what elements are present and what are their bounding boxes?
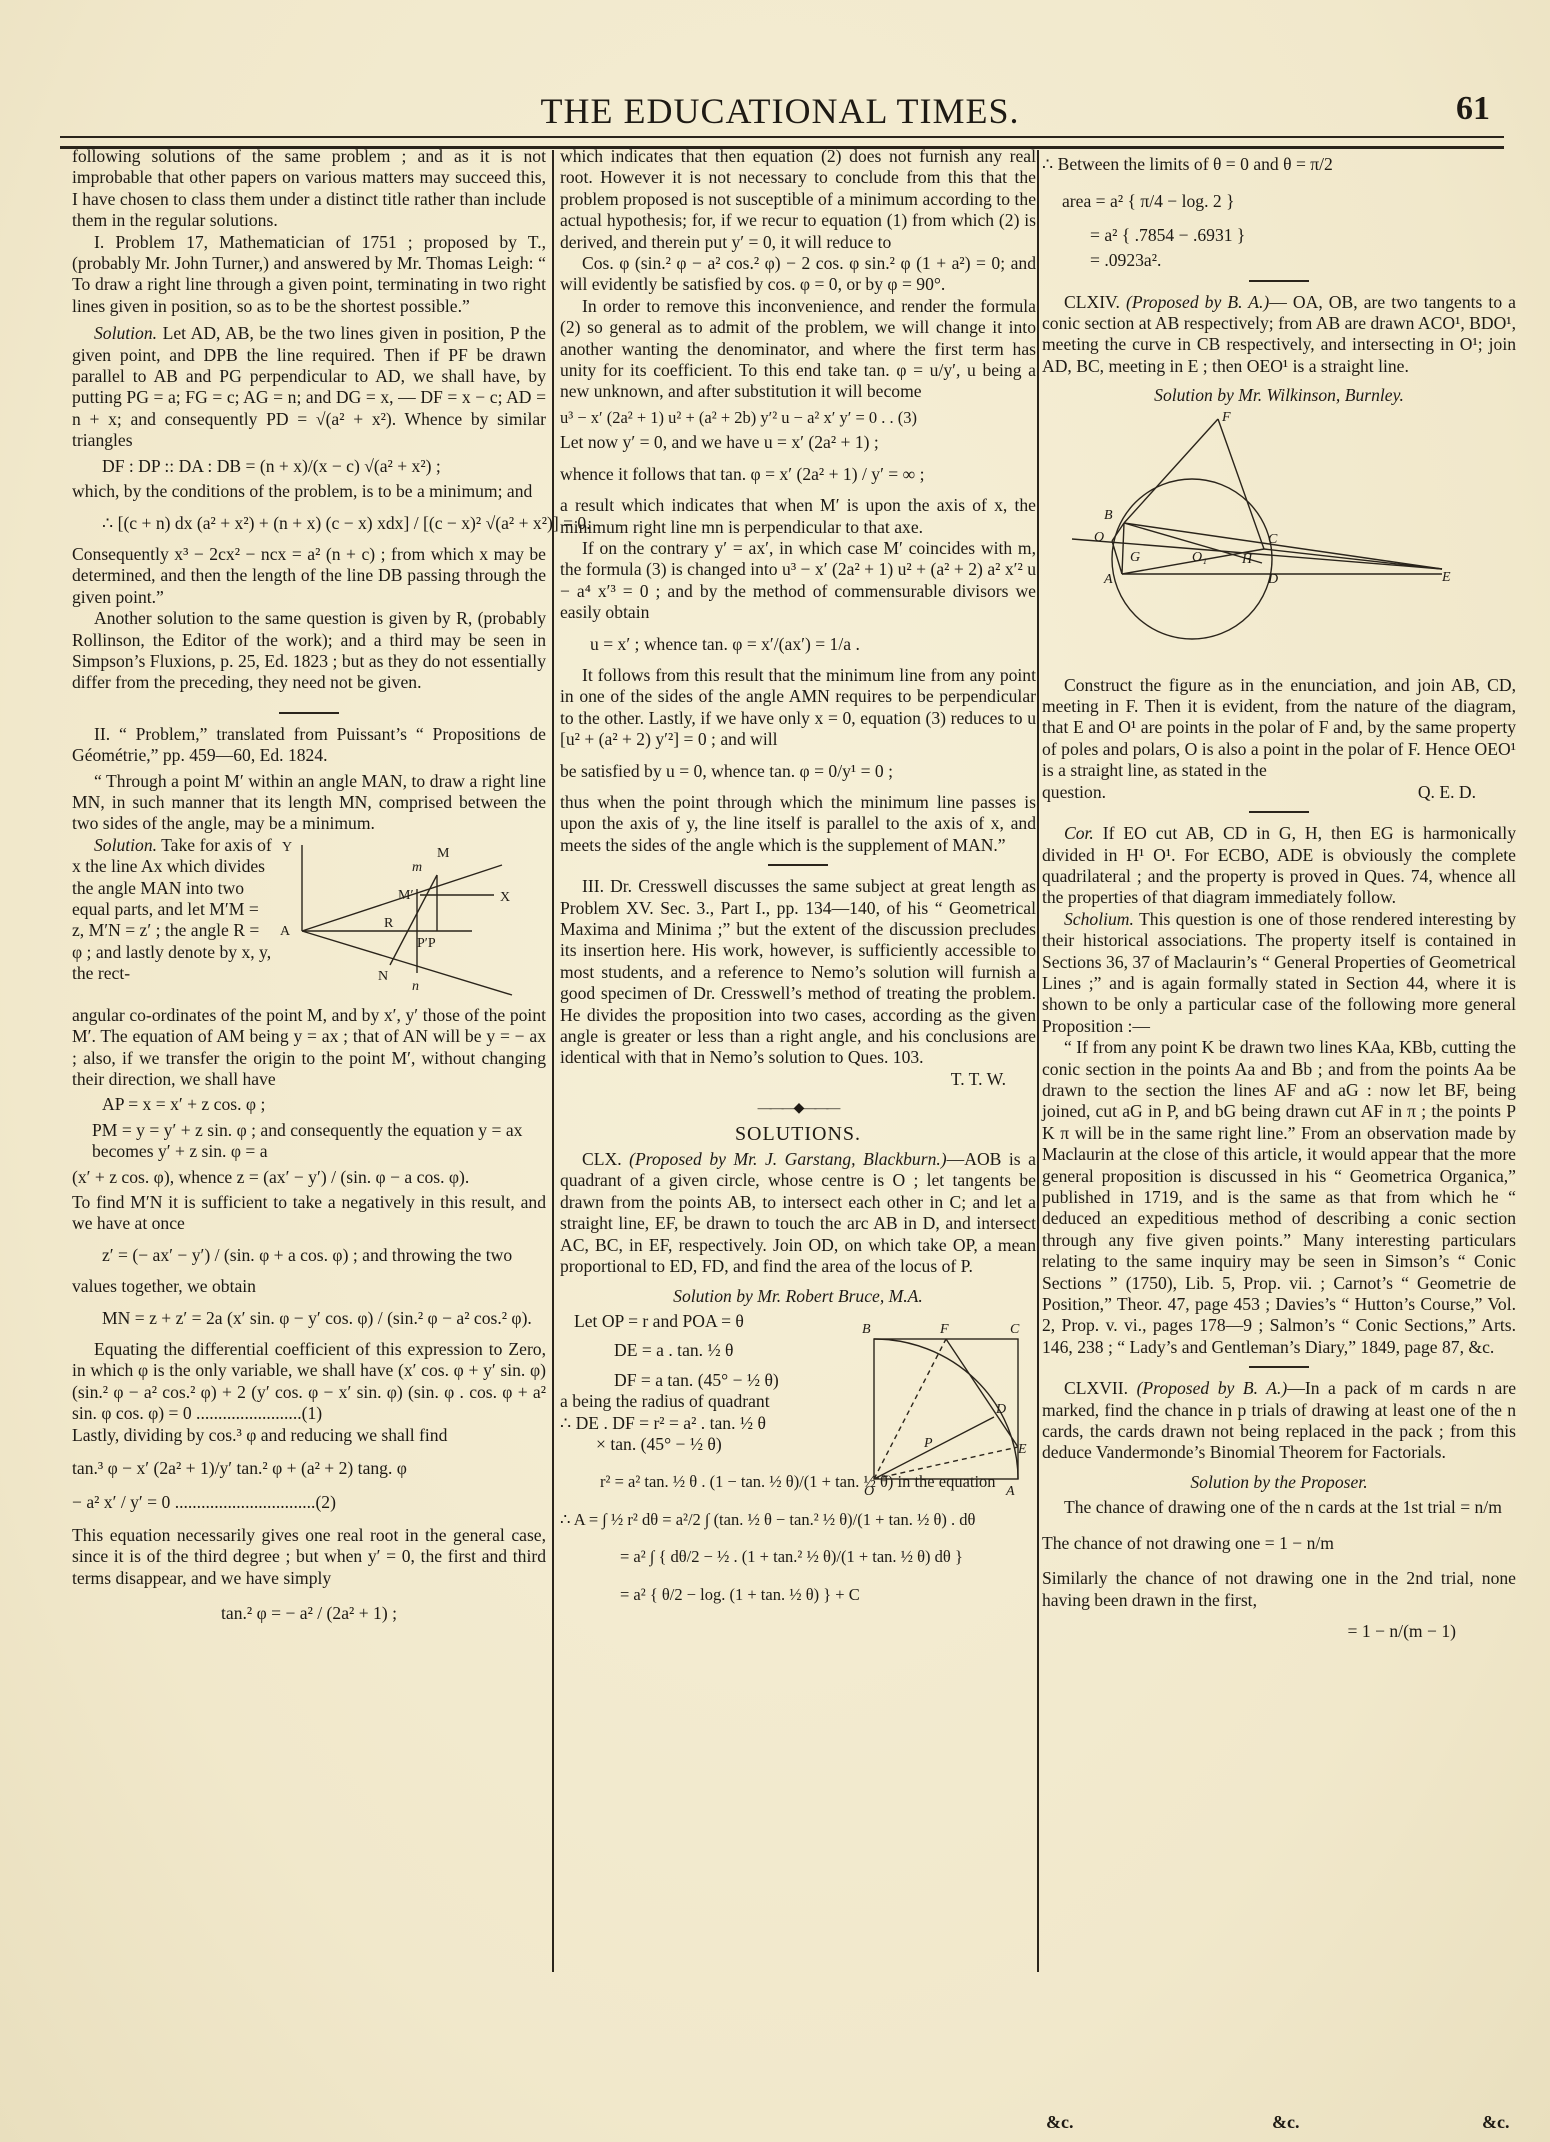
- paragraph: a result which indicates that when M′ is…: [560, 495, 1036, 538]
- equation: u = x′ ; whence tan. φ = x′/(ax′) = 1/a …: [560, 634, 1036, 655]
- equation: ∴ [(c + n) dx (a² + x²) + (n + x) (c − x…: [72, 513, 546, 534]
- solution-label: Solution.: [94, 323, 157, 343]
- label-C: C: [1268, 532, 1278, 547]
- corollary-label: Cor.: [1064, 823, 1094, 843]
- label-M: M: [437, 846, 450, 861]
- etc-right: &c.: [1482, 2112, 1509, 2133]
- paragraph: values together, we obtain: [72, 1276, 546, 1297]
- paragraph-problem-iii: III. Dr. Cresswell discusses the same su…: [560, 876, 1036, 1069]
- paragraph: thus when the point through which the mi…: [560, 792, 1036, 856]
- qed-line: question.Q. E. D.: [1042, 782, 1516, 803]
- label-F: F: [1221, 411, 1231, 425]
- label-H: H: [1241, 552, 1253, 567]
- equation: = a² { θ/2 − log. (1 + tan. ½ θ) } + C: [560, 1584, 1036, 1605]
- paragraph: Consequently x³ − 2cx² − ncx = a² (n + c…: [72, 544, 546, 608]
- paragraph-scholium: Scholium. This question is one of those …: [1042, 909, 1516, 1037]
- column-divider: [552, 150, 554, 1972]
- section-rule: [1249, 280, 1309, 282]
- equation: = .0923a².: [1042, 250, 1516, 271]
- paragraph-solution: Solution. Take for axis of x the line Ax…: [72, 835, 272, 1005]
- scholium-label: Scholium.: [1064, 909, 1134, 929]
- etc-left: &c.: [1046, 2112, 1073, 2133]
- section-rule: [768, 864, 828, 866]
- paragraph-solution: Solution. Let AD, AB, be the two lines g…: [72, 323, 546, 451]
- equation: be satisfied by u = 0, whence tan. φ = 0…: [560, 761, 1036, 782]
- label-E: E: [1441, 570, 1451, 585]
- equation: whence it follows that tan. φ = x′ (2a² …: [560, 464, 1036, 485]
- label-R: R: [384, 916, 394, 931]
- conic-diagram: F B C O G O₁ H A D E: [1042, 411, 1516, 671]
- etc-mid: &c.: [1272, 2112, 1299, 2133]
- page-number: 61: [1456, 90, 1490, 128]
- label-C: C: [1010, 1322, 1020, 1337]
- solution-byline: Solution by Mr. Wilkinson, Burnley.: [1042, 385, 1516, 406]
- question-number: CLXIV.: [1064, 292, 1120, 312]
- equation: tan.³ φ − x′ (2a² + 1)/y′ tan.² φ + (a² …: [72, 1458, 546, 1479]
- equation: = a² ∫ { dθ/2 − ½ . (1 + tan.² ½ θ)/(1 +…: [560, 1546, 1036, 1567]
- equation: = a² { .7854 − .6931 }: [1042, 225, 1516, 246]
- proposer: (Proposed by Mr. J. Garstang, Blackburn.…: [629, 1149, 947, 1169]
- paragraph: Equating the differential coefficient of…: [72, 1339, 546, 1425]
- equation: ∴ A = ∫ ½ r² dθ = a²/2 ∫ (tan. ½ θ − tan…: [560, 1509, 1036, 1530]
- equation: area = a² { π/4 − log. 2 }: [1042, 191, 1516, 212]
- paragraph: Cos. φ (sin.² φ − a² cos.² φ) − 2 cos. φ…: [560, 253, 1036, 296]
- paragraph: In order to remove this inconvenience, a…: [560, 296, 1036, 403]
- paragraph-problem-ii: II. “ Problem,” translated from Puissant…: [72, 724, 546, 767]
- paragraph-problem-i: I. Problem 17, Mathematician of 1751 ; p…: [72, 232, 546, 318]
- label-F: F: [939, 1322, 949, 1337]
- label-O1: O₁: [1192, 550, 1207, 565]
- column-2: which indicates that then equation (2) d…: [560, 146, 1036, 1609]
- equation: (x′ + z cos. φ), whence z = (ax′ − y′) /…: [72, 1167, 546, 1188]
- paragraph: If on the contrary y′ = ax′, in which ca…: [560, 538, 1036, 624]
- label-m: m: [412, 860, 422, 875]
- equation: MN = z + z′ = 2a (x′ sin. φ − y′ cos. φ)…: [72, 1308, 546, 1329]
- label-O: O: [864, 1484, 874, 1499]
- column-1: following solutions of the same problem …: [72, 146, 546, 1631]
- page-header: THE EDUCATIONAL TIMES. 61: [60, 88, 1500, 136]
- solution-text: Take for axis of x the line Ax which div…: [72, 835, 272, 983]
- paragraph: To find M′N it is sufficient to take a n…: [72, 1192, 546, 1235]
- label-A: A: [280, 924, 291, 939]
- equation: z′ = (− ax′ − y′) / (sin. φ + a cos. φ) …: [72, 1245, 546, 1266]
- paragraph: Construct the figure as in the enunciati…: [1042, 675, 1516, 782]
- diamond-rule-ornament: ———◆———: [560, 1098, 1036, 1119]
- label-P-prime: P′P: [417, 936, 436, 951]
- equation: DF : DP :: DA : DB = (n + x)/(x − c) √(a…: [72, 456, 546, 477]
- proposer: (Proposed by B. A.): [1126, 292, 1269, 312]
- equation: PM = y = y′ + z sin. φ ; and consequentl…: [72, 1120, 546, 1163]
- equation: u³ − x′ (2a² + 1) u² + (a² + 2b) y′² u −…: [560, 407, 1036, 428]
- label-G: G: [1130, 550, 1140, 565]
- label-n: n: [412, 979, 419, 994]
- label-N: N: [378, 969, 388, 984]
- paragraph: angular co-ordinates of the point M, and…: [72, 1005, 546, 1091]
- equation: = 1 − n/(m − 1): [1042, 1621, 1516, 1642]
- paragraph: which, by the conditions of the problem,…: [72, 481, 546, 502]
- paragraph: The chance of not drawing one = 1 − n/m: [1042, 1533, 1516, 1554]
- newspaper-page: THE EDUCATIONAL TIMES. 61 following solu…: [0, 0, 1550, 2142]
- paragraph: This equation necessarily gives one real…: [72, 1525, 546, 1589]
- section-rule: [279, 712, 339, 714]
- paragraph: Another solution to the same question is…: [72, 608, 546, 694]
- solution-body: B F C D P E O A Let OP = r and POA = θ D…: [560, 1311, 1036, 1605]
- paragraph: Let now y′ = 0, and we have u = x′ (2a² …: [560, 432, 1036, 453]
- figure-wrap: Solution. Take for axis of x the line Ax…: [72, 835, 546, 1005]
- angle-diagram: Y M m M′ X A R P′P N n: [272, 835, 542, 1005]
- proposer: (Proposed by B. A.): [1137, 1378, 1288, 1398]
- paragraph: Lastly, dividing by cos.³ φ and reducing…: [72, 1425, 546, 1446]
- column-divider: [1037, 150, 1039, 1972]
- paragraph-quote: “ Through a point M′ within an angle MAN…: [72, 771, 546, 835]
- question-number: CLXVII.: [1064, 1378, 1128, 1398]
- equation: AP = x = x′ + z cos. φ ;: [72, 1094, 546, 1115]
- equation: tan.² φ = − a² / (2a² + 1) ;: [72, 1603, 546, 1624]
- solution-byline: Solution by the Proposer.: [1042, 1472, 1516, 1493]
- label-Y: Y: [282, 840, 292, 855]
- label-D: D: [995, 1402, 1006, 1417]
- quadrant-diagram: B F C D P E O A: [858, 1313, 1028, 1503]
- label-X: X: [500, 890, 510, 905]
- section-rule: [1249, 811, 1309, 813]
- paragraph-quote: “ If from any point K be drawn two lines…: [1042, 1037, 1516, 1358]
- solution-byline: Solution by Mr. Robert Bruce, M.A.: [560, 1286, 1036, 1307]
- label-E: E: [1017, 1442, 1027, 1457]
- question-clxvii: CLXVII. (Proposed by B. A.)—In a pack of…: [1042, 1378, 1516, 1464]
- label-O: O: [1094, 530, 1104, 545]
- paragraph: Similarly the chance of not drawing one …: [1042, 1568, 1516, 1611]
- solution-label: Solution.: [94, 835, 157, 855]
- paragraph: which indicates that then equation (2) d…: [560, 146, 1036, 253]
- label-M-prime: M′: [398, 888, 414, 903]
- corollary-text: If EO cut AB, CD in G, H, then EG is har…: [1042, 823, 1516, 907]
- paragraph: following solutions of the same problem …: [72, 146, 546, 232]
- equation: − a² x′ / y′ = 0 .......................…: [72, 1492, 546, 1513]
- paragraph: It follows from this result that the min…: [560, 665, 1036, 751]
- solutions-heading: SOLUTIONS.: [560, 1124, 1036, 1145]
- label-A: A: [1103, 572, 1113, 587]
- question-number: CLX.: [582, 1149, 622, 1169]
- masthead-title: THE EDUCATIONAL TIMES.: [60, 90, 1500, 132]
- line-end: question.: [1042, 782, 1106, 803]
- line: ∴ Between the limits of θ = 0 and θ = π/…: [1042, 154, 1516, 175]
- signature: T. T. W.: [560, 1069, 1036, 1090]
- section-rule: [1249, 1366, 1309, 1368]
- paragraph: The chance of drawing one of the n cards…: [1042, 1497, 1516, 1518]
- label-B: B: [862, 1322, 871, 1337]
- label-B: B: [1104, 508, 1113, 523]
- question-clxiv: CLXIV. (Proposed by B. A.)— OA, OB, are …: [1042, 292, 1516, 378]
- label-A: A: [1005, 1484, 1015, 1499]
- column-3: ∴ Between the limits of θ = 0 and θ = π/…: [1042, 146, 1516, 1642]
- qed: Q. E. D.: [1418, 782, 1476, 803]
- label-D: D: [1267, 572, 1278, 587]
- question-clx: CLX. (Proposed by Mr. J. Garstang, Black…: [560, 1149, 1036, 1277]
- label-P: P: [923, 1436, 933, 1451]
- paragraph-corollary: Cor. If EO cut AB, CD in G, H, then EG i…: [1042, 823, 1516, 909]
